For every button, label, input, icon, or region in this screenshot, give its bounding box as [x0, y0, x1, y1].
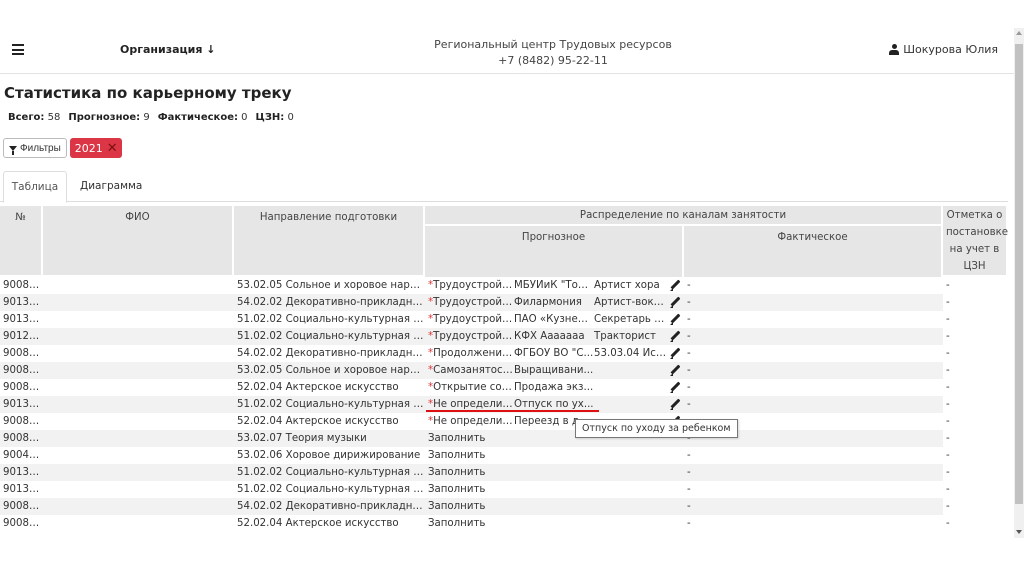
- tooltip: Отпуск по уходу за ребенком: [575, 419, 738, 438]
- stats-summary: Всего: 58 Прогнозное: 9 Фактическое: 0 Ц…: [8, 112, 294, 123]
- col-header-fio[interactable]: ФИО: [43, 206, 234, 277]
- cell-fio: [43, 413, 234, 430]
- close-icon[interactable]: ✕: [107, 142, 118, 155]
- edit-icon[interactable]: [670, 314, 681, 325]
- cell-fio: [43, 498, 234, 515]
- table-row[interactable]: 90048... 53.02.06 Хоровое дирижирование …: [0, 447, 1008, 464]
- fill-link[interactable]: Заполнить: [428, 433, 485, 444]
- table-row[interactable]: 90086... 53.02.05 Сольное и хоровое наро…: [0, 362, 1008, 379]
- cell-fio: [43, 345, 234, 362]
- cell-forecast: Заполнить: [425, 447, 684, 464]
- fill-link[interactable]: Заполнить: [428, 467, 485, 478]
- cell-actual: -: [684, 498, 943, 515]
- cell-direction: 53.02.05 Сольное и хоровое народно...: [234, 277, 425, 294]
- forecast-position: Артист-вокал...: [594, 294, 670, 311]
- cell-czn: -: [943, 430, 1008, 447]
- tab-table[interactable]: Таблица: [3, 171, 67, 203]
- cell-num: 90048...: [0, 447, 43, 464]
- cell-num: 90086...: [0, 362, 43, 379]
- cell-fio: [43, 481, 234, 498]
- cell-forecast: *Трудоустройст... КФХ Аaaaaaa Тракторист: [425, 328, 684, 345]
- cell-forecast: *Самозанятость Выращивани...: [425, 362, 684, 379]
- view-tabs: Таблица Диаграмма: [0, 170, 1008, 202]
- page-title: Статистика по карьерному треку: [4, 84, 291, 102]
- cell-czn: -: [943, 362, 1008, 379]
- cell-czn: -: [943, 379, 1008, 396]
- cell-czn: -: [943, 498, 1008, 515]
- col-header-forecast[interactable]: Прогнозное: [425, 226, 684, 277]
- cell-num: 90086...: [0, 345, 43, 362]
- cell-actual: -: [684, 362, 943, 379]
- cell-direction: 52.02.04 Актерское искусство: [234, 515, 425, 532]
- cell-num: 90129...: [0, 328, 43, 345]
- table-row[interactable]: 90085... 52.02.04 Актерское искусство *О…: [0, 379, 1008, 396]
- cell-forecast: Заполнить: [425, 498, 684, 515]
- table-row[interactable]: 90085... 52.02.04 Актерское искусство *Н…: [0, 413, 1008, 430]
- cell-direction: 51.02.02 Социально-культурная деяте...: [234, 396, 425, 413]
- forecast-type: *Продолжение...: [428, 345, 514, 362]
- table-row[interactable]: 90132... 51.02.02 Социально-культурная д…: [0, 481, 1008, 498]
- cell-actual: -: [684, 379, 943, 396]
- cell-actual: -: [684, 294, 943, 311]
- page-scrollbar[interactable]: [1014, 28, 1024, 538]
- cell-fio: [43, 294, 234, 311]
- stat-forecast: Прогнозное: 9: [68, 112, 149, 123]
- col-header-czn[interactable]: Отметка о постановке на учет в ЦЗН: [943, 206, 1008, 277]
- menu-icon[interactable]: [12, 44, 24, 55]
- cell-num: 90086...: [0, 498, 43, 515]
- cell-direction: 53.02.05 Сольное и хоровое народно...: [234, 362, 425, 379]
- forecast-position: 53.03.04 Иску...: [594, 345, 670, 362]
- cell-fio: [43, 430, 234, 447]
- cell-czn: -: [943, 481, 1008, 498]
- cell-actual: -: [684, 328, 943, 345]
- organization-label: Организация: [120, 43, 202, 56]
- col-header-num[interactable]: №: [0, 206, 43, 277]
- cell-num: 90085...: [0, 379, 43, 396]
- center-phone: +7 (8482) 95-22-11: [400, 53, 706, 69]
- cell-actual: -: [684, 311, 943, 328]
- cell-num: 90130...: [0, 464, 43, 481]
- cell-actual: -: [684, 447, 943, 464]
- cell-actual: -: [684, 396, 943, 413]
- cell-direction: 53.02.07 Теория музыки: [234, 430, 425, 447]
- edit-icon[interactable]: [670, 365, 681, 376]
- year-filter-tag: 2021 ✕: [70, 138, 122, 158]
- cell-forecast: *Трудоустройст... МБУИиК "Тол... Артист …: [425, 277, 684, 294]
- user-name: Шокурова Юлия: [903, 43, 998, 56]
- cell-direction: 51.02.02 Социально-культурная деяте...: [234, 311, 425, 328]
- forecast-org: ПАО «Кузнец...: [514, 311, 594, 328]
- cell-czn: -: [943, 311, 1008, 328]
- cell-num: 90086...: [0, 277, 43, 294]
- cell-fio: [43, 362, 234, 379]
- tag-label: 2021: [75, 142, 103, 155]
- col-header-distribution: Распределение по каналам занятости: [425, 206, 943, 226]
- tab-diagram[interactable]: Диаграмма: [80, 171, 142, 203]
- col-header-direction[interactable]: Направление подготовки: [234, 206, 425, 277]
- fill-link[interactable]: Заполнить: [428, 501, 485, 512]
- forecast-type: *Открытие соб...: [428, 379, 514, 396]
- cell-czn: -: [943, 328, 1008, 345]
- cell-forecast: *Открытие соб... Продажа экз...: [425, 379, 684, 396]
- edit-icon[interactable]: [670, 382, 681, 393]
- edit-icon[interactable]: [670, 399, 681, 410]
- stat-czn: ЦЗН: 0: [256, 112, 294, 123]
- cell-num: 90085...: [0, 413, 43, 430]
- cell-actual: -: [684, 464, 943, 481]
- highlight-underline: [426, 410, 599, 412]
- cell-czn: -: [943, 294, 1008, 311]
- organization-dropdown[interactable]: Организация ↓: [120, 43, 216, 56]
- cell-fio: [43, 396, 234, 413]
- cell-forecast: *Трудоустройст... Филармония Артист-вока…: [425, 294, 684, 311]
- table-row[interactable]: 90138... 51.02.02 Социально-культурная д…: [0, 311, 1008, 328]
- cell-actual: -: [684, 515, 943, 532]
- table-row[interactable]: 90086... 54.02.02 Декоративно-прикладное…: [0, 345, 1008, 362]
- table-row[interactable]: 90086... 53.02.05 Сольное и хоровое наро…: [0, 277, 1008, 294]
- cell-czn: -: [943, 447, 1008, 464]
- forecast-org: Филармония: [514, 294, 594, 311]
- edit-icon[interactable]: [670, 348, 681, 359]
- cell-direction: 54.02.02 Декоративно-прикладное ис...: [234, 345, 425, 362]
- edit-icon[interactable]: [670, 280, 681, 291]
- stat-actual: Фактическое: 0: [158, 112, 248, 123]
- col-header-actual[interactable]: Фактическое: [684, 226, 943, 277]
- cell-czn: -: [943, 515, 1008, 532]
- cell-forecast: *Трудоустройст... ПАО «Кузнец... Секрета…: [425, 311, 684, 328]
- fill-link[interactable]: Заполнить: [428, 518, 485, 529]
- cell-fio: [43, 464, 234, 481]
- cell-fio: [43, 379, 234, 396]
- cell-num: 90084...: [0, 515, 43, 532]
- cell-num: 90136...: [0, 294, 43, 311]
- cell-direction: 51.02.02 Социально-культурная деяте...: [234, 328, 425, 345]
- cell-fio: [43, 447, 234, 464]
- table-row[interactable]: 90086... 54.02.02 Декоративно-прикладное…: [0, 498, 1008, 515]
- cell-forecast: Заполнить: [425, 515, 684, 532]
- forecast-type: *Трудоустройст...: [428, 277, 514, 294]
- career-stats-table: № ФИО Направление подготовки Распределен…: [0, 206, 1008, 532]
- table-row[interactable]: 90086... 53.02.07 Теория музыки Заполнит…: [0, 430, 1008, 447]
- arrow-down-icon: ↓: [206, 43, 215, 56]
- scroll-down-icon[interactable]: [1016, 530, 1022, 534]
- forecast-org: Выращивани...: [514, 362, 594, 379]
- edit-icon[interactable]: [670, 331, 681, 342]
- cell-direction: 51.02.02 Социально-культурная деяте...: [234, 481, 425, 498]
- cell-num: 90086...: [0, 430, 43, 447]
- cell-num: 90130...: [0, 396, 43, 413]
- filters-button[interactable]: Фильтры: [3, 138, 67, 158]
- cell-num: 90138...: [0, 311, 43, 328]
- cell-direction: 54.02.02 Декоративно-прикладное ис...: [234, 498, 425, 515]
- forecast-type: *Самозанятость: [428, 362, 514, 379]
- table-row[interactable]: 90129... 51.02.02 Социально-культурная д…: [0, 328, 1008, 345]
- edit-icon[interactable]: [670, 297, 681, 308]
- cell-direction: 52.02.04 Актерское искусство: [234, 379, 425, 396]
- center-title: Региональный центр Трудовых ресурсов: [400, 37, 706, 53]
- cell-actual: -: [684, 345, 943, 362]
- user-icon: [889, 44, 899, 55]
- cell-czn: -: [943, 413, 1008, 430]
- cell-actual: -: [684, 481, 943, 498]
- cell-fio: [43, 277, 234, 294]
- forecast-org: ФГБОУ ВО "С...: [514, 345, 594, 362]
- fill-link[interactable]: Заполнить: [428, 484, 485, 495]
- cell-fio: [43, 311, 234, 328]
- stat-total: Всего: 58: [8, 112, 60, 123]
- forecast-org: Продажа экз...: [514, 379, 594, 396]
- filters-label: Фильтры: [20, 143, 61, 154]
- cell-forecast: Заполнить: [425, 464, 684, 481]
- scrollbar-thumb[interactable]: [1015, 44, 1023, 504]
- scroll-up-icon[interactable]: [1016, 31, 1022, 35]
- forecast-position: Тракторист: [594, 328, 670, 345]
- forecast-org: МБУИиК "Тол...: [514, 277, 594, 294]
- cell-direction: 54.02.02 Декоративно-прикладное ис...: [234, 294, 425, 311]
- cell-fio: [43, 328, 234, 345]
- cell-direction: 53.02.06 Хоровое дирижирование: [234, 447, 425, 464]
- forecast-type: *Трудоустройст...: [428, 328, 514, 345]
- cell-czn: -: [943, 396, 1008, 413]
- filter-icon: [9, 146, 17, 151]
- cell-czn: -: [943, 345, 1008, 362]
- cell-direction: 52.02.04 Актерское искусство: [234, 413, 425, 430]
- filters-bar: Фильтры 2021 ✕: [3, 138, 122, 158]
- forecast-type: *Трудоустройст...: [428, 294, 514, 311]
- cell-fio: [43, 515, 234, 532]
- cell-direction: 51.02.02 Социально-культурная деяте...: [234, 464, 425, 481]
- cell-czn: -: [943, 277, 1008, 294]
- cell-num: 90132...: [0, 481, 43, 498]
- table-row[interactable]: 90136... 54.02.02 Декоративно-прикладное…: [0, 294, 1008, 311]
- fill-link[interactable]: Заполнить: [428, 450, 485, 461]
- table-row[interactable]: 90084... 52.02.04 Актерское искусство За…: [0, 515, 1008, 532]
- cell-actual: -: [684, 277, 943, 294]
- forecast-type: *Не определил...: [428, 413, 514, 430]
- cell-czn: -: [943, 464, 1008, 481]
- table-row[interactable]: 90130... 51.02.02 Социально-культурная д…: [0, 464, 1008, 481]
- forecast-type: *Трудоустройст...: [428, 311, 514, 328]
- forecast-position: Артист хора: [594, 277, 670, 294]
- cell-forecast: Заполнить: [425, 481, 684, 498]
- forecast-org: КФХ Аaaaaaa: [514, 328, 594, 345]
- forecast-position: Секретарь ру...: [594, 311, 670, 328]
- user-menu[interactable]: Шокурова Юлия: [889, 43, 998, 56]
- top-navbar: Организация ↓ Региональный центр Трудовы…: [0, 28, 1014, 74]
- cell-forecast: *Продолжение... ФГБОУ ВО "С... 53.03.04 …: [425, 345, 684, 362]
- center-info: Региональный центр Трудовых ресурсов +7 …: [400, 37, 706, 69]
